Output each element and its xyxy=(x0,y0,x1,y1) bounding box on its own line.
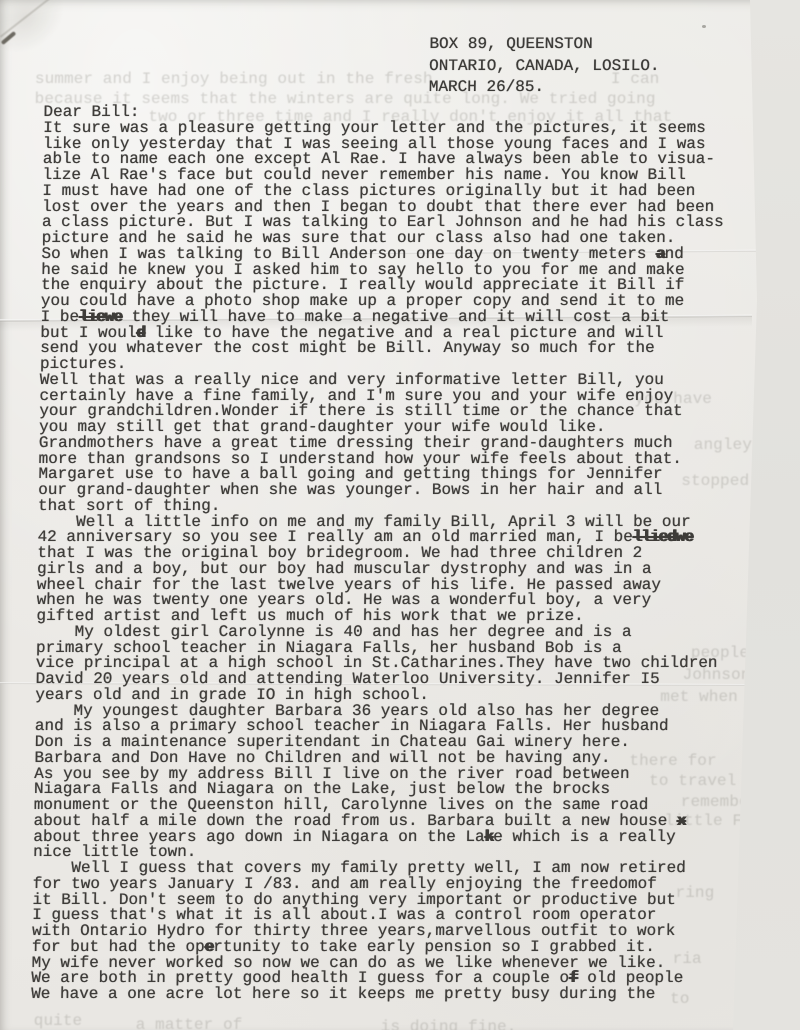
overtyped-text: k xyxy=(484,828,493,846)
letter-paper: summer and I enjoy being out in the fres… xyxy=(0,0,762,1030)
bleedthrough-fragment: a matter of xyxy=(136,1016,243,1030)
address-line: MARCH 26/85. xyxy=(429,77,660,99)
letter-body: Dear Bill: It sure was a pleasure gettin… xyxy=(31,105,725,1003)
scanned-letter-page: summer and I enjoy being out in the fres… xyxy=(0,0,800,1030)
letter-lines: It sure was a pleasure getting your lett… xyxy=(31,121,725,1003)
bleedthrough-fragment: is doing fine. xyxy=(381,1018,517,1030)
scan-skew-layer: summer and I enjoy being out in the fres… xyxy=(0,0,762,1030)
address-line: ONTARIO, CANADA, LOSILO. xyxy=(429,56,660,78)
letter-line: send you whatever the cost might be Bill… xyxy=(40,341,722,357)
letter-line: We have a one acre lot here so it keeps … xyxy=(31,987,713,1003)
address-line: BOX 89, QUEENSTON xyxy=(429,34,660,56)
return-address-block: BOX 89, QUEENSTONONTARIO, CANADA, LOSILO… xyxy=(429,34,660,99)
overtyped-text: x xyxy=(677,812,686,830)
bleedthrough-fragment: quite xyxy=(34,1012,83,1030)
bleedthrough-fragment: summer and I enjoy being out in the fres… xyxy=(35,70,433,88)
